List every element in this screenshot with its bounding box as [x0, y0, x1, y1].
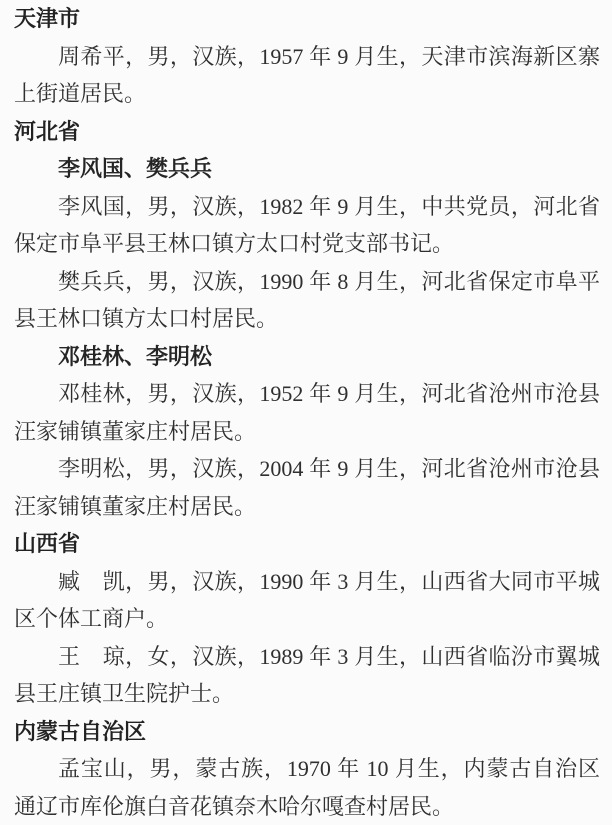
person-paragraph: 樊兵兵，男，汉族，1990 年 8 月生，河北省保定市阜平县王林口镇方太口村居民…: [14, 263, 600, 338]
person-paragraph: 王 琼，女，汉族，1989 年 3 月生，山西省临汾市翼城县王庄镇卫生院护士。: [14, 638, 600, 713]
person-paragraph: 邓桂林，男，汉族，1952 年 9 月生，河北省沧州市沧县汪家铺镇董家庄村居民。: [14, 375, 600, 450]
province-heading: 天津市: [14, 0, 600, 38]
province-section-shanxi: 山西省 臧 凯，男，汉族，1990 年 3 月生，山西省大同市平城区个体工商户。…: [14, 525, 600, 713]
names-subheading: 邓桂林、李明松: [14, 338, 600, 376]
person-paragraph: 孟宝山，男，蒙古族，1970 年 10 月生，内蒙古自治区通辽市库伦旗白音花镇奈…: [14, 750, 600, 825]
person-paragraph: 周希平，男，汉族，1957 年 9 月生，天津市滨海新区寨上街道居民。: [14, 38, 600, 113]
province-section-neimenggu: 内蒙古自治区 孟宝山，男，蒙古族，1970 年 10 月生，内蒙古自治区通辽市库…: [14, 713, 600, 825]
person-paragraph: 李明松，男，汉族，2004 年 9 月生，河北省沧州市沧县汪家铺镇董家庄村居民。: [14, 450, 600, 525]
province-section-hebei: 河北省 李风国、樊兵兵 李风国，男，汉族，1982 年 9 月生，中共党员，河北…: [14, 113, 600, 526]
names-subheading: 李风国、樊兵兵: [14, 150, 600, 188]
document-page: 天津市 周希平，男，汉族，1957 年 9 月生，天津市滨海新区寨上街道居民。 …: [0, 0, 612, 825]
province-section-tianjin: 天津市 周希平，男，汉族，1957 年 9 月生，天津市滨海新区寨上街道居民。: [14, 0, 600, 113]
person-paragraph: 臧 凯，男，汉族，1990 年 3 月生，山西省大同市平城区个体工商户。: [14, 563, 600, 638]
person-paragraph: 李风国，男，汉族，1982 年 9 月生，中共党员，河北省保定市阜平县王林口镇方…: [14, 188, 600, 263]
province-heading: 内蒙古自治区: [14, 713, 600, 751]
province-heading: 河北省: [14, 113, 600, 151]
province-heading: 山西省: [14, 525, 600, 563]
